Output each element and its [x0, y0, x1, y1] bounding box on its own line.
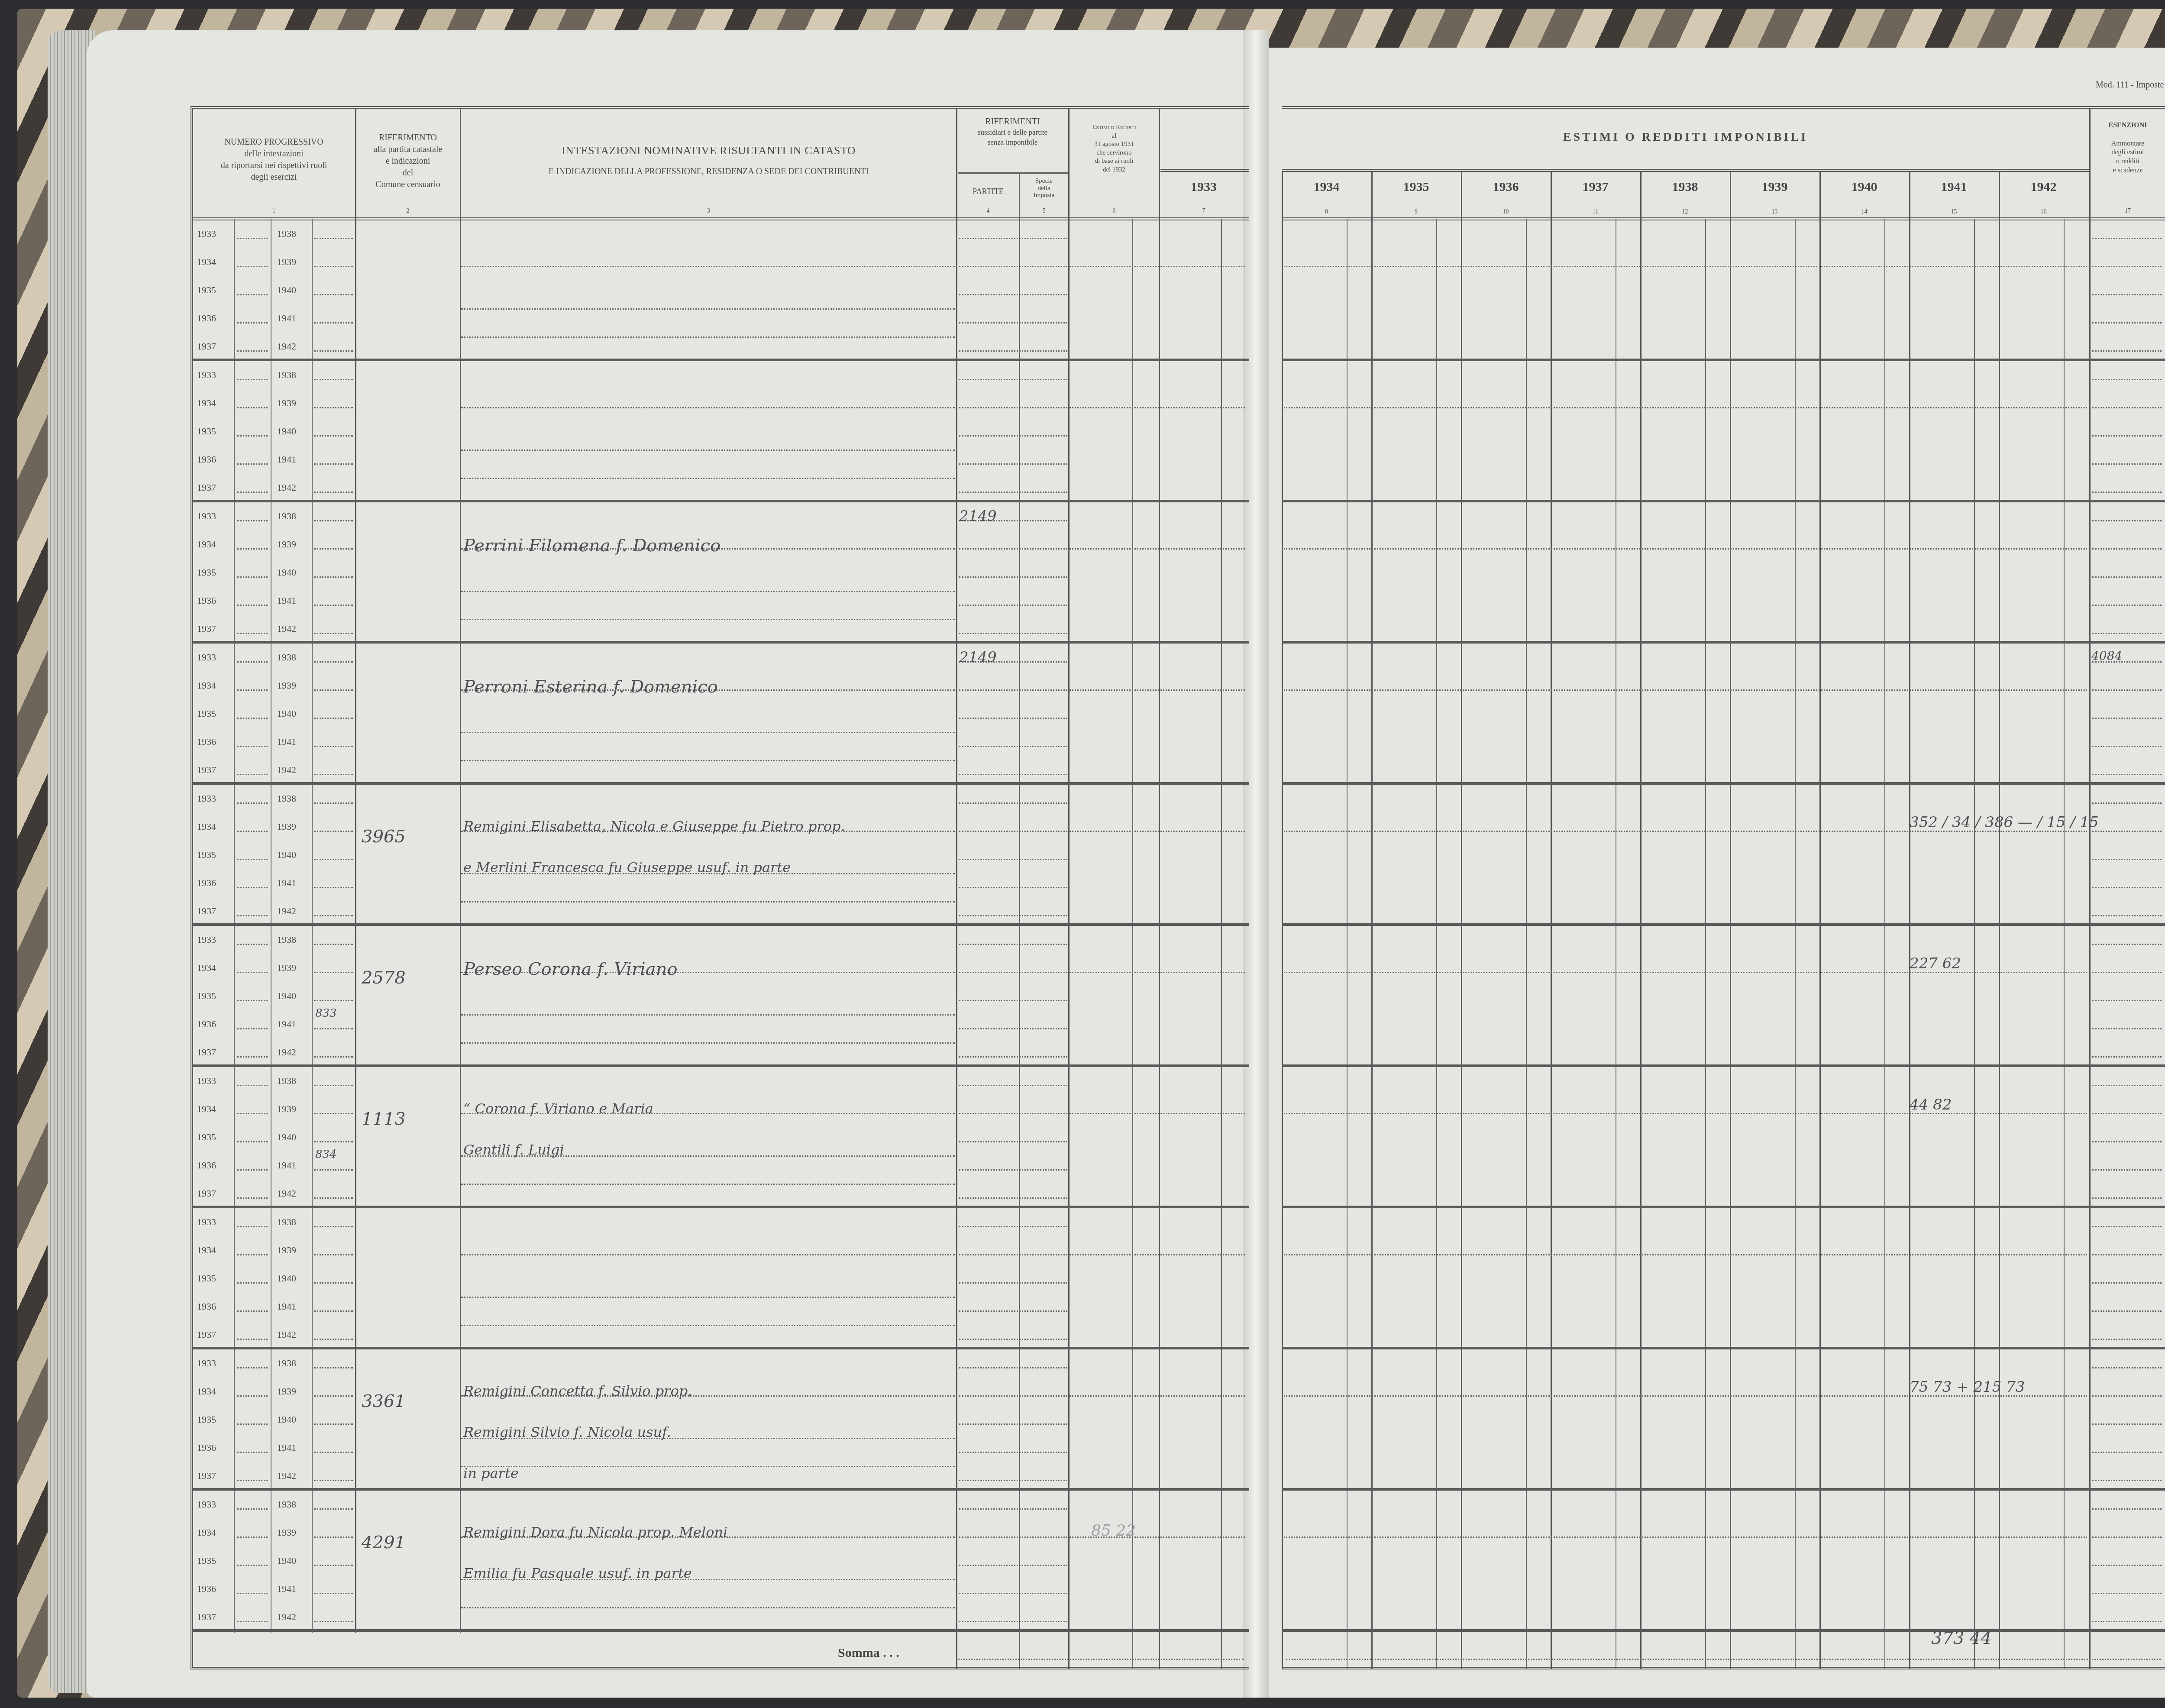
grid-line [1461, 171, 1462, 1669]
col1-line: delle intestazioni [193, 148, 355, 160]
year-label: 1936 [197, 736, 216, 747]
row-dotline [1284, 407, 2087, 408]
row-dotline [461, 1607, 955, 1608]
row-dotline [959, 1480, 1067, 1481]
row-dotline [2092, 944, 2162, 945]
row-dotline [959, 1452, 1067, 1453]
year-dotline [237, 1310, 268, 1312]
year-dotline [237, 1197, 268, 1199]
year-label: 1934 [197, 256, 216, 268]
entry-1941-value: 352 / 34 / 386 — / 15 / 15 [1910, 814, 2099, 831]
year-label: 1939 [277, 256, 296, 268]
year-label: 1939 [277, 539, 296, 550]
row-dotline [2092, 1593, 2162, 1594]
year-label: 1939 [277, 680, 296, 691]
row-dotline [959, 1282, 1067, 1284]
col5-line: Imposta [1020, 192, 1068, 199]
row-dotline [2092, 266, 2162, 267]
col17-number: 17 [2091, 208, 2165, 215]
entry-name-line: Remigini Elisabetta, Nicola e Giuseppe f… [463, 818, 845, 835]
year-header-1941: 1941 [1909, 180, 1999, 194]
year-label: 1941 [277, 595, 296, 606]
year-label: 1941 [277, 736, 296, 747]
year-label: 1934 [197, 1386, 216, 1397]
year-label: 1936 [197, 1442, 216, 1453]
year-label: 1935 [197, 285, 216, 296]
row-dotline [1284, 266, 2087, 267]
year-dotline [237, 859, 268, 860]
row-dotline [959, 718, 1067, 719]
row-dotline [461, 450, 955, 451]
year-header-1940: 1940 [1819, 180, 1909, 194]
year-dotline [314, 944, 353, 945]
block-rule [193, 1064, 1249, 1067]
block-rule [193, 1206, 1249, 1208]
year-dotline [314, 266, 353, 267]
entry-ref-partita: 1113 [362, 1109, 406, 1129]
col17-title: ESENZIONI [2091, 121, 2165, 130]
somma-dotline [1286, 1659, 2161, 1660]
year-dotline [237, 379, 268, 380]
year-dotline [237, 294, 268, 295]
entry-name-line: Emilia fu Pasquale usuf. in parte [463, 1565, 692, 1582]
row-dotline [2092, 1367, 2162, 1368]
entry-side-number: 833 [315, 1007, 337, 1020]
row-dotline [2092, 972, 2162, 973]
year-label: 1937 [197, 1188, 216, 1199]
col6-line: al [1070, 132, 1159, 141]
grid-line [1347, 219, 1347, 1669]
year-label: 1938 [277, 369, 296, 381]
year-header-1934: 1934 [1282, 180, 1371, 194]
row-dotline [461, 478, 955, 479]
row-dotline [461, 1325, 955, 1326]
row-dotline [959, 379, 1067, 380]
row-dotline [959, 605, 1067, 606]
row-dotline [2092, 350, 2162, 352]
row-dotline [461, 1184, 955, 1185]
col45-title: RIFERIMENTI [957, 116, 1068, 128]
year-label: 1938 [277, 1358, 296, 1369]
year-dotline [314, 407, 353, 408]
somma-label: Somma . . . [838, 1646, 899, 1660]
year-label: 1939 [277, 1386, 296, 1397]
row-dotline [959, 831, 1067, 832]
year-dotline [237, 1480, 268, 1481]
year-label: 1942 [277, 764, 296, 776]
grid-line [1132, 219, 1133, 1669]
year-dotline [314, 1028, 353, 1029]
row-dotline [2092, 1169, 2162, 1171]
year-dotline [237, 1395, 268, 1397]
year-label: 1937 [197, 1329, 216, 1340]
year-dotline [237, 266, 268, 267]
row-dotline [461, 308, 955, 310]
year-label: 1934 [197, 680, 216, 691]
block-rule [1282, 782, 2165, 785]
year-label: 1933 [197, 1499, 216, 1510]
col17-line: e scadenze [2091, 166, 2165, 175]
year-label: 1935 [197, 990, 216, 1002]
row-dotline [2092, 1282, 2162, 1284]
year-label: 1935 [197, 849, 216, 860]
year-col-number: 16 [1999, 209, 2088, 216]
year-dotline [237, 1254, 268, 1255]
entry-1941-value: 44 82 [1910, 1096, 1952, 1113]
year-dotline [237, 1565, 268, 1566]
grid-line [1221, 219, 1222, 1669]
year-label: 1935 [197, 708, 216, 719]
col1-line: degli esercizi [193, 171, 355, 183]
entry-name-line: Remigini Silvio f. Nicola usuf. [463, 1424, 671, 1440]
year-label: 1941 [277, 1160, 296, 1171]
year-dotline [314, 1565, 353, 1566]
row-dotline [959, 238, 1067, 239]
row-dotline [959, 633, 1067, 634]
year-label: 1935 [197, 1132, 216, 1143]
block-rule [1282, 1347, 2165, 1349]
row-dotline [959, 887, 1067, 888]
row-dotline [461, 1014, 955, 1016]
col4-title: PARTITE [958, 186, 1018, 197]
year-label: 1933 [197, 228, 216, 239]
year-label: 1936 [197, 1301, 216, 1312]
year-dotline [314, 1085, 353, 1086]
row-dotline [2092, 463, 2162, 465]
year-label: 1938 [277, 934, 296, 945]
row-dotline [959, 1169, 1067, 1171]
grid-line [956, 219, 957, 1669]
year-dotline [314, 972, 353, 973]
row-dotline [2092, 1226, 2162, 1227]
col6-number: 6 [1070, 208, 1159, 215]
row-dotline [2092, 1113, 2162, 1114]
year-dotline [314, 1452, 353, 1453]
col3-subtitle: E INDICAZIONE DELLA PROFESSIONE, RESIDEN… [461, 166, 956, 178]
year-dotline [314, 238, 353, 239]
col1-title: NUMERO PROGRESSIVO [193, 136, 355, 148]
year-label: 1938 [277, 1216, 296, 1228]
year-col-number: 9 [1371, 209, 1461, 216]
row-dotline [959, 548, 1067, 550]
year-label: 1941 [277, 1019, 296, 1030]
year-dotline [314, 1226, 353, 1227]
year-dotline [314, 463, 353, 465]
entry-partite: 2149 [959, 649, 997, 666]
col6-line: che servirono [1070, 149, 1159, 158]
row-dotline [959, 322, 1067, 323]
year-label: 1939 [277, 1245, 296, 1256]
year-dotline [314, 1508, 353, 1510]
col6-header: Estimi o Redditi al 31 agosto 1931 che s… [1070, 123, 1159, 174]
row-dotline [959, 1593, 1067, 1594]
year-dotline [314, 1197, 353, 1199]
year-label: 1940 [277, 285, 296, 296]
year-label: 1937 [197, 1047, 216, 1058]
year-dotline [314, 689, 353, 691]
year-dotline [314, 1056, 353, 1058]
row-dotline [461, 407, 955, 408]
grid-line [1819, 171, 1821, 1669]
year-dotline [237, 633, 268, 634]
col6-line: del 1932 [1070, 166, 1159, 175]
year-dotline [314, 520, 353, 521]
col17-line: degli estimi [2091, 148, 2165, 157]
year-dotline [237, 407, 268, 408]
year-dotline [237, 238, 268, 239]
year-label: 1934 [197, 539, 216, 550]
year-label: 1941 [277, 313, 296, 324]
entry-name-line: in parte [463, 1465, 519, 1482]
year-label: 1933 [197, 1216, 216, 1228]
year-label: 1937 [197, 764, 216, 776]
year-dotline [314, 605, 353, 606]
somma-dotline [958, 1659, 1244, 1660]
year-dotline [237, 1537, 268, 1538]
year-label: 1936 [197, 1019, 216, 1030]
year-dotline [314, 1423, 353, 1425]
row-dotline [2092, 576, 2162, 578]
row-dotline [2092, 831, 2162, 832]
grid-line [1705, 219, 1706, 1669]
row-dotline [1070, 1395, 1245, 1397]
block-rule [193, 641, 1249, 644]
row-dotline [959, 1113, 1067, 1114]
row-dotline [959, 1423, 1067, 1425]
year-dotline [314, 1537, 353, 1538]
col5-line: Specie [1020, 178, 1068, 185]
year-header-1939: 1939 [1730, 180, 1819, 194]
row-dotline [2092, 1000, 2162, 1001]
year-dotline [314, 350, 353, 352]
row-dotline [959, 1339, 1067, 1340]
year-dotline [237, 1169, 268, 1171]
year-label: 1940 [277, 990, 296, 1002]
col6-line: Estimi o Redditi [1070, 123, 1159, 132]
row-dotline [2092, 802, 2162, 804]
row-dotline [1070, 1113, 1245, 1114]
year-header-1938: 1938 [1640, 180, 1730, 194]
year-header-1937: 1937 [1551, 180, 1640, 194]
row-dotline [2092, 1310, 2162, 1312]
year-label: 1934 [197, 1103, 216, 1115]
year-label: 1941 [277, 1442, 296, 1453]
col2-number: 2 [356, 208, 460, 215]
row-dotline [2092, 1537, 2162, 1538]
row-dotline [959, 746, 1067, 747]
year-label: 1935 [197, 1555, 216, 1566]
year-label: 1941 [277, 1301, 296, 1312]
col1-number: 1 [193, 208, 355, 215]
row-dotline [1284, 1113, 2087, 1114]
year-dotline [237, 1056, 268, 1058]
year-dotline [314, 633, 353, 634]
year-label: 1940 [277, 1132, 296, 1143]
year-label: 1936 [197, 313, 216, 324]
entry-partite: 2149 [959, 508, 997, 525]
year-label: 1937 [197, 482, 216, 493]
year-dotline [314, 774, 353, 775]
year-header-top-rule [1282, 169, 2089, 172]
entry-ref-partita: 3361 [362, 1391, 406, 1411]
hdr-sub-rule [958, 172, 1068, 174]
year-dotline [237, 1452, 268, 1453]
block-rule [193, 782, 1249, 785]
year-label: 1937 [197, 341, 216, 352]
year-dotline [314, 294, 353, 295]
header-bottom-rule [1282, 217, 2165, 220]
row-dotline [959, 435, 1067, 437]
year-dotline [314, 1395, 353, 1397]
grid-line [1159, 219, 1160, 1669]
grid-line [1371, 171, 1373, 1669]
year-dotline [237, 1423, 268, 1425]
estimi-group-title: ESTIMI O REDDITI IMPONIBILI [1282, 129, 2089, 146]
year-dotline [237, 1282, 268, 1284]
hdr-sep [1159, 108, 1160, 219]
grid-line [2089, 108, 2091, 1669]
row-dotline [461, 1042, 955, 1044]
block-rule [1282, 923, 2165, 926]
year-label: 1942 [277, 1611, 296, 1623]
grid-line [1616, 219, 1616, 1669]
col3-header: INTESTAZIONI NOMINATIVE RISULTANTI IN CA… [461, 143, 956, 178]
year-dotline [237, 915, 268, 916]
row-dotline [461, 1466, 955, 1467]
block-rule [1282, 1629, 2165, 1632]
row-dotline [959, 1056, 1067, 1058]
col2-title: RIFERIMENTO [356, 132, 460, 144]
year-dotline [237, 1367, 268, 1368]
row-dotline [2092, 1056, 2162, 1058]
entry-1941-value: 75 73 + 215 73 [1910, 1378, 2025, 1396]
col2-header: RIFERIMENTO alla partita catastale e ind… [356, 132, 460, 191]
year-col-number: 8 [1282, 209, 1371, 216]
col2-line: del [356, 167, 460, 179]
year-label: 1939 [277, 962, 296, 974]
row-dotline [959, 915, 1067, 916]
row-dotline [959, 1508, 1067, 1510]
year-dotline [314, 1310, 353, 1312]
col17-line: o redditi [2091, 157, 2165, 166]
row-dotline [959, 859, 1067, 860]
row-dotline [959, 1141, 1067, 1142]
row-dotline [959, 294, 1067, 295]
col5-number: 5 [1020, 208, 1068, 215]
right-table-frame [1282, 106, 2165, 1669]
col45-line: sussidiari e delle partite [957, 128, 1068, 138]
year-col-number: 11 [1551, 209, 1640, 216]
entry-ref-partita: 2578 [362, 968, 406, 988]
row-dotline [461, 901, 955, 903]
year-header-1936: 1936 [1461, 180, 1551, 194]
year-label: 1942 [277, 1188, 296, 1199]
year-label: 1933 [197, 793, 216, 804]
year-dotline [314, 548, 353, 550]
entry-name-line: “ Corona f. Viriano e Maria [463, 1100, 653, 1117]
row-dotline [461, 1254, 955, 1255]
year-dotline [314, 1339, 353, 1340]
year-dotline [237, 576, 268, 578]
col4-number: 4 [958, 208, 1018, 215]
row-dotline [2092, 1395, 2162, 1397]
form-model-label: Mod. 111 - Imposte Dirette (Intercalare)… [2096, 80, 2165, 90]
entry-esenzioni: 4084 [2091, 649, 2122, 663]
row-dotline [1070, 407, 1245, 408]
year-label: 1935 [197, 1273, 216, 1284]
block-rule [1282, 1206, 2165, 1208]
year-dotline [314, 435, 353, 437]
row-dotline [461, 619, 955, 620]
year-dotline [314, 576, 353, 578]
header-bottom-rule [193, 217, 1249, 220]
row-dotline [2092, 1452, 2162, 1453]
year-label: 1941 [277, 877, 296, 889]
row-dotline [461, 732, 955, 733]
entry-name-line: Perseo Corona f. Viriano [463, 959, 678, 979]
year-label: 1934 [197, 821, 216, 832]
row-dotline [959, 1197, 1067, 1199]
year-dotline [314, 859, 353, 860]
year-label: 1940 [277, 426, 296, 437]
col45-line: senza imponibile [957, 138, 1068, 148]
year-col-number: 13 [1730, 209, 1819, 216]
row-dotline [2092, 1621, 2162, 1622]
row-dotline [959, 266, 1067, 267]
year-label: 1936 [197, 454, 216, 465]
block-rule [193, 1488, 1249, 1491]
year-label: 1938 [277, 511, 296, 522]
year-dotline [314, 1367, 353, 1368]
year-label: 1942 [277, 482, 296, 493]
year-label: 1935 [197, 1414, 216, 1425]
row-dotline [1284, 548, 2087, 550]
year-label: 1938 [277, 1499, 296, 1510]
row-dotline [2092, 322, 2162, 323]
year-label: 1933 [197, 1075, 216, 1087]
year-label: 1938 [277, 228, 296, 239]
entry-name-line: Gentili f. Luigi [463, 1142, 564, 1158]
row-dotline [2092, 859, 2162, 860]
year-dotline [237, 661, 268, 663]
grid-line [1640, 171, 1642, 1669]
row-dotline [1070, 831, 1245, 832]
row-dotline [959, 689, 1067, 691]
entry-ref-partita: 3965 [362, 827, 406, 847]
row-dotline [461, 266, 955, 267]
row-dotline [959, 1310, 1067, 1312]
year-label: 1940 [277, 1414, 296, 1425]
row-dotline [959, 1621, 1067, 1622]
year-dotline [314, 1480, 353, 1481]
entry-ref-partita: 4291 [362, 1533, 406, 1553]
block-rule [193, 923, 1249, 926]
col7-year: 1933 [1160, 180, 1247, 194]
year-label: 1942 [277, 906, 296, 917]
grid-line [1526, 219, 1527, 1669]
row-dotline [1284, 972, 2087, 973]
row-dotline [1070, 548, 1245, 550]
year-dotline [237, 1339, 268, 1340]
row-dotline [461, 1297, 955, 1298]
year-dotline [314, 492, 353, 493]
year-dotline [237, 1621, 268, 1622]
row-dotline [2092, 520, 2162, 521]
col3-title: INTESTAZIONI NOMINATIVE RISULTANTI IN CA… [461, 143, 956, 158]
row-dotline [959, 944, 1067, 945]
row-dotline [2092, 1480, 2162, 1481]
block-rule [193, 359, 1249, 361]
